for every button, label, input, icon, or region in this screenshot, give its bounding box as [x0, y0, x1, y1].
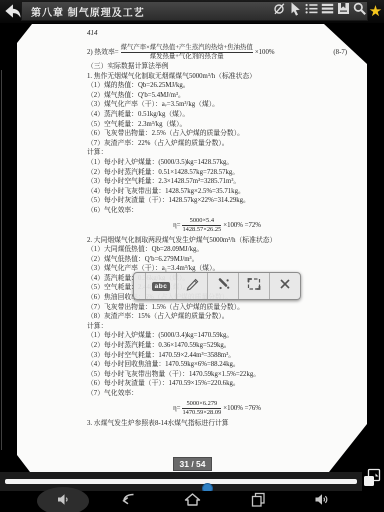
doc-line: （1）煤的热值：Qb=26.25MJ/kg。: [87, 81, 347, 91]
doc-line: （5）每小时灰渣量（干）：1428.57kg×22%=314.29kg。: [87, 196, 347, 206]
doc-line: （5）每小时飞灰带出物量（干）：1470.59kg×1.5%=22kg。: [87, 370, 347, 380]
doc-line: (8-7): [333, 49, 347, 56]
outline-list-icon: [304, 1, 319, 21]
doc-line: η=: [173, 221, 180, 230]
doc-line: 2) 热效率=: [87, 48, 119, 57]
back-arrow-icon: [3, 6, 21, 23]
doc-line: 5000×5.4: [182, 217, 221, 225]
doc-line: 计算：: [87, 148, 347, 158]
doc-line: 5000×5.41428.57×26.25: [182, 217, 221, 234]
doc-line: （6）气化效率：: [87, 206, 347, 216]
eraser-icon: [215, 275, 232, 297]
outline-list-button[interactable]: [303, 3, 319, 19]
seek-track[interactable]: [5, 479, 357, 484]
app-bar: 第八章 制气原理及工艺: [0, 0, 384, 23]
pencil-icon: [184, 275, 201, 297]
doc-line: η=5000×5.41428.57×26.25×100% =72%: [87, 216, 347, 236]
volume-up-icon: [312, 490, 331, 512]
recents-icon: [249, 490, 268, 512]
back-icon: [119, 490, 138, 512]
doc-line: η=: [173, 404, 180, 413]
doc-line: （3）每小时空气耗量：2.3×1428.57m³=3285.71m³。: [87, 177, 347, 187]
annotation-toolbar: abc: [133, 272, 301, 300]
volume-up-button[interactable]: [311, 492, 331, 511]
volume-down-icon: [54, 490, 73, 512]
abc-icon: abc: [152, 282, 171, 291]
doc-line: （6）飞灰带出物量：2.5%（占入炉煤的质量分数）。: [87, 129, 347, 139]
page-indicator-badge: 31 / 54: [173, 457, 212, 471]
document-lines: 2) 热效率=煤气产率×煤气热值+产生蒸汽的热焓+焦油热值煤发热量+气化剂的热含…: [87, 42, 347, 428]
pen-button[interactable]: [271, 3, 287, 19]
book-page-number: 414: [87, 28, 347, 42]
doc-line: （3）每小时空气耗量：1470.59×2.44m³=3588m³。: [87, 351, 347, 361]
volume-down-button[interactable]: [53, 492, 73, 511]
doc-line: （7）飞灰带出物量：1.5%（占入炉煤的质量分数）。: [87, 303, 347, 313]
doc-line: ×100% =76%: [223, 404, 261, 413]
doc-line: η=5000×6.2791470.59×28.09×100% =76%: [87, 399, 347, 419]
page-edge-sliver: [1, 70, 2, 450]
crop-rectangle-button[interactable]: [238, 273, 269, 299]
nav-home-button[interactable]: [182, 492, 202, 511]
doc-line: （5）空气耗量：2.3m³/kg（煤）。: [87, 120, 347, 130]
back-button[interactable]: [3, 3, 21, 19]
doc-line: （2）煤气热值：Q′b=5.4MJ/m³。: [87, 91, 347, 101]
annotation-toolbar-edge: [134, 273, 145, 299]
doc-line: 1470.59×28.09: [182, 408, 221, 417]
doc-line: （1）每小时入炉煤量：(5000/3.5)kg=1428.57kg。: [87, 158, 347, 168]
rotate-page-button[interactable]: [363, 468, 382, 487]
doc-line: （4）蒸汽耗量：0.51kg/kg（煤）。: [87, 110, 347, 120]
document-content: 414 2) 热效率=煤气产率×煤气热值+产生蒸汽的热焓+焦油热值煤发热量+气化…: [87, 28, 347, 428]
crop-rectangle-icon: [245, 275, 263, 298]
toc-list-icon: [320, 1, 335, 21]
doc-line: 2) 热效率=煤气产率×煤气热值+产生蒸汽的热焓+焦油热值煤发热量+气化剂的热含…: [87, 42, 347, 62]
doc-line: 3. 水煤气发生炉参照表8-14水煤气指标进行计算: [87, 419, 347, 429]
doc-line: 煤气产率×煤气热值+产生蒸汽的热焓+焦油热值煤发热量+气化剂的热含量: [121, 44, 253, 61]
doc-line: 计算：: [87, 322, 347, 332]
doc-line: （4）每小时回收焦油量：1470.59kg×6%=88.24kg。: [87, 360, 347, 370]
rotate-page-icon: [363, 474, 382, 491]
search-button[interactable]: [351, 3, 367, 19]
doc-line: （1）大同煤低热值：Qb=28.09MJ/kg。: [87, 245, 347, 255]
pointer-icon: [288, 1, 303, 21]
close-toolbar-button[interactable]: [269, 273, 300, 299]
app-bar-panel: 第八章 制气原理及工艺: [21, 1, 368, 21]
nav-recents-button[interactable]: [248, 492, 268, 511]
doc-line: （3）煤气化产率（干）：aᵥ=3.5m³/kg（煤）。: [87, 100, 347, 110]
doc-line: ×100%: [255, 48, 275, 57]
app-bar-actions: [271, 3, 367, 19]
bookmark-page-icon: [336, 1, 351, 21]
doc-line: 2. 大同烟煤气化制取两段煤气发生炉煤气5000m³/h（标准状态）: [87, 236, 347, 246]
toc-list-button[interactable]: [319, 3, 335, 19]
home-icon: [183, 490, 202, 512]
doc-line: 1428.57×26.25: [182, 225, 221, 234]
doc-line: （2）每小时蒸汽耗量：0.36×1470.59kg=529kg。: [87, 341, 347, 351]
reader-screen: 第八章 制气原理及工艺: [0, 0, 384, 512]
doc-line: （三）实际数据计算法举例: [87, 62, 347, 72]
eraser-button[interactable]: [207, 273, 238, 299]
pen-icon: [272, 1, 287, 21]
pointer-button[interactable]: [287, 3, 303, 19]
pencil-button[interactable]: [176, 273, 207, 299]
bookmark-page-button[interactable]: [335, 3, 351, 19]
doc-line: （4）每小时飞灰带出量：1428.57kg×2.5%=35.71kg。: [87, 187, 347, 197]
doc-line: 煤发热量+气化剂的热含量: [121, 52, 253, 61]
doc-line: （8）灰渣产率：15%（占入炉煤的质量分数）。: [87, 312, 347, 322]
doc-line: 1. 焦作无烟煤气化制取无烟煤煤气5000m³/h（标准状态）: [87, 72, 347, 82]
close-icon: [277, 276, 293, 297]
search-icon: [352, 1, 367, 21]
doc-line: 5000×6.279: [182, 400, 221, 408]
text-annotation-button[interactable]: abc: [145, 273, 176, 299]
doc-line: （7）灰渣产率：22%（占入炉煤的质量分数）。: [87, 139, 347, 149]
doc-line: （2）每小时蒸汽耗量：0.51×1428.57kg=728.57kg。: [87, 168, 347, 178]
system-nav-bar: [0, 491, 384, 512]
doc-line: ×100% =72%: [223, 221, 261, 230]
favorite-star-button[interactable]: ★: [367, 1, 384, 21]
doc-line: （1）每小时入炉煤量：(5000/3.4)kg=1470.59kg。: [87, 331, 347, 341]
doc-line: 5000×6.2791470.59×28.09: [182, 400, 221, 417]
doc-line: 煤气产率×煤气热值+产生蒸汽的热焓+焦油热值: [121, 44, 253, 52]
document-page[interactable]: 414 2) 热效率=煤气产率×煤气热值+产生蒸汽的热焓+焦油热值煤发热量+气化…: [17, 24, 367, 472]
doc-line: （2）煤气低热值：Q′b=6.279MJ/m³。: [87, 255, 347, 265]
doc-line: （7）气化效率：: [87, 389, 347, 399]
star-icon: ★: [369, 2, 382, 20]
nav-back-button[interactable]: [118, 492, 138, 511]
doc-line: （6）每小时灰渣量（干）：1470.59×15%=220.6kg。: [87, 379, 347, 389]
page-title: 第八章 制气原理及工艺: [31, 4, 145, 19]
